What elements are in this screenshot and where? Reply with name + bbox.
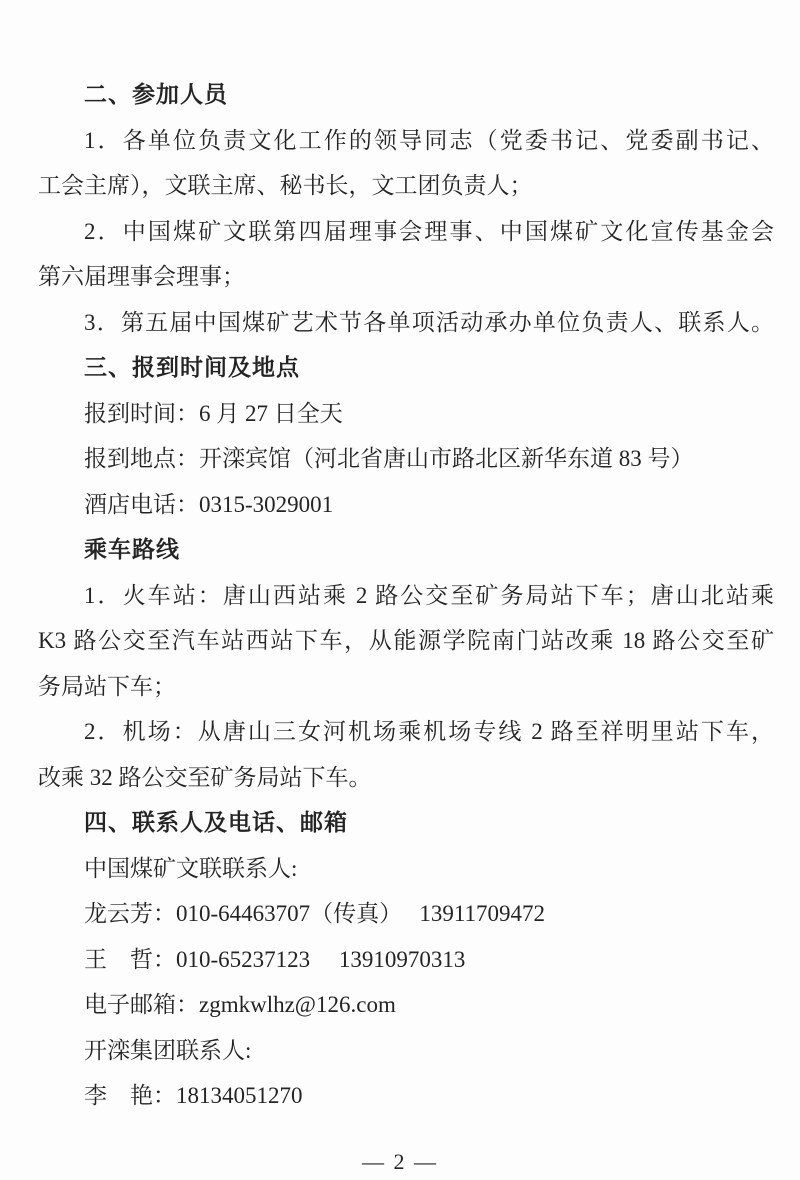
- text-line: 报到地点：开滦宾馆（河北省唐山市路北区新华东道 83 号）: [38, 436, 774, 482]
- text-line: 中国煤矿文联联系人:: [38, 846, 774, 892]
- text-line: K3 路公交至汽车站西站下车，从能源学院南门站改乘 18 路公交至矿: [38, 618, 774, 664]
- text-line: 电子邮箱：zgmkwlhz@126.com: [38, 982, 774, 1028]
- text-line: 2．机场：从唐山三女河机场乘机场专线 2 路至祥明里站下车，: [38, 709, 774, 755]
- text-line: 李 艳：18134051270: [38, 1073, 774, 1119]
- page-number: — 2 —: [0, 1139, 800, 1180]
- section-heading: 四、联系人及电话、邮箱: [38, 800, 774, 846]
- text-line: 第六届理事会理事；: [38, 254, 774, 300]
- section-heading: 三、报到时间及地点: [38, 345, 774, 391]
- text-line: 3．第五届中国煤矿艺术节各单项活动承办单位负责人、联系人。: [38, 300, 774, 346]
- text-line: 1．火车站：唐山西站乘 2 路公交至矿务局站下车；唐山北站乘: [38, 573, 774, 619]
- text-line: 改乘 32 路公交至矿务局站下车。: [38, 755, 774, 801]
- text-line: 王 哲：010-65237123 13910970313: [38, 937, 774, 983]
- text-line: 2．中国煤矿文联第四届理事会理事、中国煤矿文化宣传基金会: [38, 209, 774, 255]
- text-line: 工会主席），文联主席、秘书长，文工团负责人；: [38, 163, 774, 209]
- text-line: 酒店电话：0315-3029001: [38, 482, 774, 528]
- text-line: 龙云芳：010-64463707（传真） 13911709472: [38, 891, 774, 937]
- text-line: 务局站下车；: [38, 664, 774, 710]
- text-line: 1．各单位负责文化工作的领导同志（党委书记、党委副书记、: [38, 118, 774, 164]
- section-heading: 二、参加人员: [38, 72, 774, 118]
- document-body: 二、参加人员1．各单位负责文化工作的领导同志（党委书记、党委副书记、工会主席），…: [0, 0, 800, 1119]
- text-line: 开滦集团联系人:: [38, 1028, 774, 1074]
- scanned-document-page: 二、参加人员1．各单位负责文化工作的领导同志（党委书记、党委副书记、工会主席），…: [0, 0, 800, 1180]
- text-line: 报到时间：6 月 27 日全天: [38, 391, 774, 437]
- section-heading: 乘车路线: [38, 527, 774, 573]
